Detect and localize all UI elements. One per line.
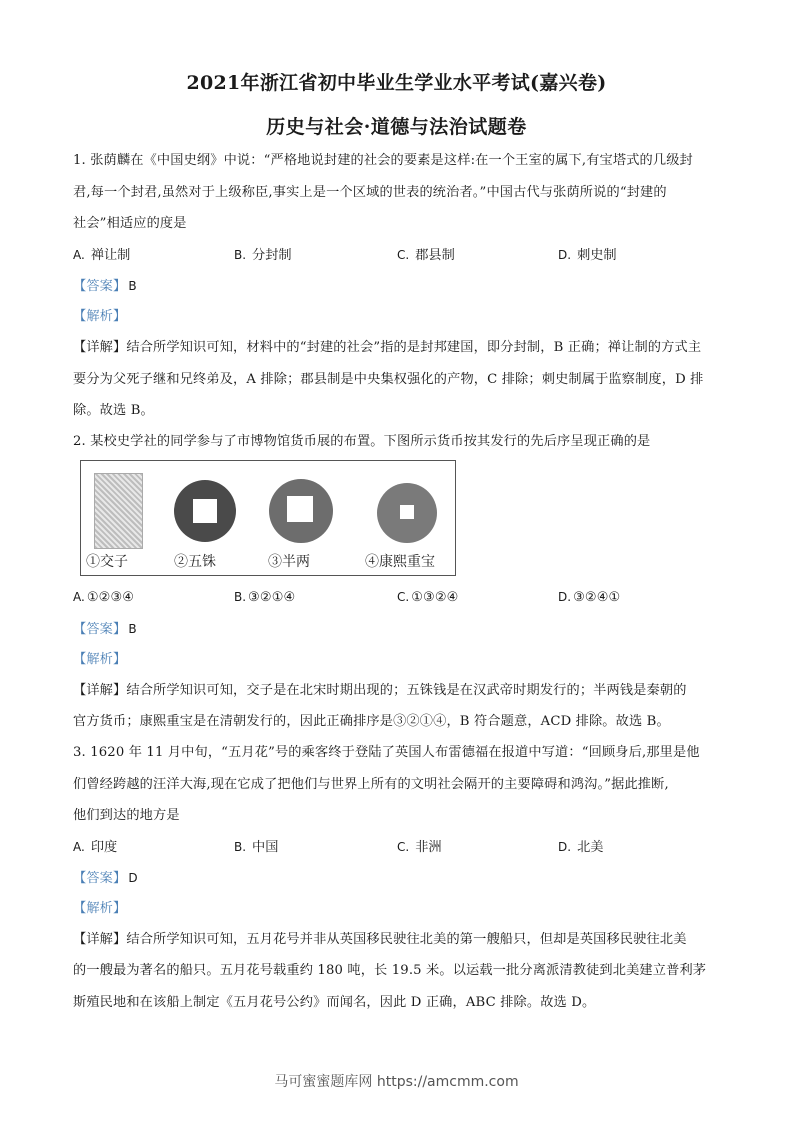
currency-figure: ①交子 ②五铢 ③半两 ④康熙重宝 xyxy=(80,460,456,576)
q3-option-d: D.北美 xyxy=(558,838,603,857)
q3-analysis-tag: 【解析】 xyxy=(73,900,723,918)
exam-page: 2021年浙江省初中毕业生学业水平考试(嘉兴卷) 历史与社会·道德与法治试题卷 … xyxy=(0,0,793,1122)
coin-wuzhu-icon xyxy=(174,480,236,542)
q3-option-c: C.非洲 xyxy=(397,838,442,857)
q3-option-b: B.中国 xyxy=(234,838,278,857)
figure-item-banliang: ③半两 xyxy=(266,461,361,575)
q3-option-a: A.印度 xyxy=(73,838,117,857)
q2-analysis-tag: 【解析】 xyxy=(73,651,723,669)
q1-option-d: D.刺史制 xyxy=(558,246,617,265)
q2-stem-line-1: 2. 某校史学社的同学参与了市博物馆货币展的布置。下图所示货币按其发行的先后序呈… xyxy=(73,433,723,451)
footer-watermark: 马可蜜蜜题库网 https://amcmm.com xyxy=(0,1071,793,1091)
q3-detail-line-2: 的一艘最为著名的船只。五月花号载重约 180 吨，长 19.5 米。以运载一批分… xyxy=(73,962,723,980)
q1-option-a: A.禅让制 xyxy=(73,246,130,265)
q2-option-d: D.③②④① xyxy=(558,588,620,607)
q1-option-c: C.郡县制 xyxy=(397,246,455,265)
q2-detail-line-1: 【详解】结合所学知识可知，交子是在北宋时期出现的；五铢钱是在汉武帝时期发行的；半… xyxy=(73,682,723,700)
q1-detail-line-2: 要分为父死子继和兄终弟及，A 排除；郡县制是中央集权强化的产物，C 排除；刺史制… xyxy=(73,371,723,389)
q1-answer: 【答案】B xyxy=(73,277,723,296)
q3-detail-line-3: 斯殖民地和在该船上制定《五月花号公约》而闻名，因此 D 正确，ABC 排除。故选… xyxy=(73,994,723,1012)
q1-detail-line-1: 【详解】结合所学知识可知，材料中的“封建的社会”指的是封邦建国，即分封制，B 正… xyxy=(73,339,723,357)
coin-banliang-icon xyxy=(269,479,333,543)
q3-detail-line-1: 【详解】结合所学知识可知，五月花号并非从英国移民驶往北美的第一艘船只，但却是英国… xyxy=(73,931,723,949)
q1-stem-line-2: 君,每一个封君,虽然对于上级称臣,事实上是一个区域的世表的统治者。”中国古代与张… xyxy=(73,184,723,202)
q2-option-c: C.①③②④ xyxy=(397,588,459,607)
figure-item-jiaozi: ①交子 xyxy=(81,461,171,575)
figure-item-wuzhu: ②五铢 xyxy=(171,461,266,575)
q2-option-b: B.③②①④ xyxy=(234,588,295,607)
exam-title: 2021年浙江省初中毕业生学业水平考试(嘉兴卷) xyxy=(0,68,793,95)
q3-stem-line-2: 们曾经跨越的汪洋大海,现在它成了把他们与世界上所有的文明社会隔开的主要障碍和鸿沟… xyxy=(73,776,723,794)
q1-option-b: B.分封制 xyxy=(234,246,292,265)
q1-stem-line-1: 1. 张荫麟在《中国史纲》中说：“严格地说封建的社会的要素是这样:在一个王室的属… xyxy=(73,152,723,170)
coin-kangxi-zhongbao-icon xyxy=(377,483,437,543)
q1-analysis-tag: 【解析】 xyxy=(73,308,723,326)
q2-answer: 【答案】B xyxy=(73,620,723,639)
q3-stem-line-1: 3. 1620 年 11 月中旬，“五月花”号的乘客终于登陆了英国人布雷德福在报… xyxy=(73,744,723,762)
q1-detail-line-3: 除。故选 B。 xyxy=(73,402,723,420)
q2-detail-line-2: 官方货币；康熙重宝是在清朝发行的，因此正确排序是③②①④，B 符合题意，ACD … xyxy=(73,713,723,731)
exam-subtitle: 历史与社会·道德与法治试题卷 xyxy=(0,112,793,139)
q1-stem-line-3: 社会”相适应的度是 xyxy=(73,215,723,233)
figure-item-kangxi: ④康熙重宝 xyxy=(361,461,455,575)
q3-stem-line-3: 他们到达的地方是 xyxy=(73,807,723,825)
q3-answer: 【答案】D xyxy=(73,869,723,888)
paper-money-jiaozi-icon xyxy=(94,473,143,549)
q2-option-a: A.①②③④ xyxy=(73,588,134,607)
